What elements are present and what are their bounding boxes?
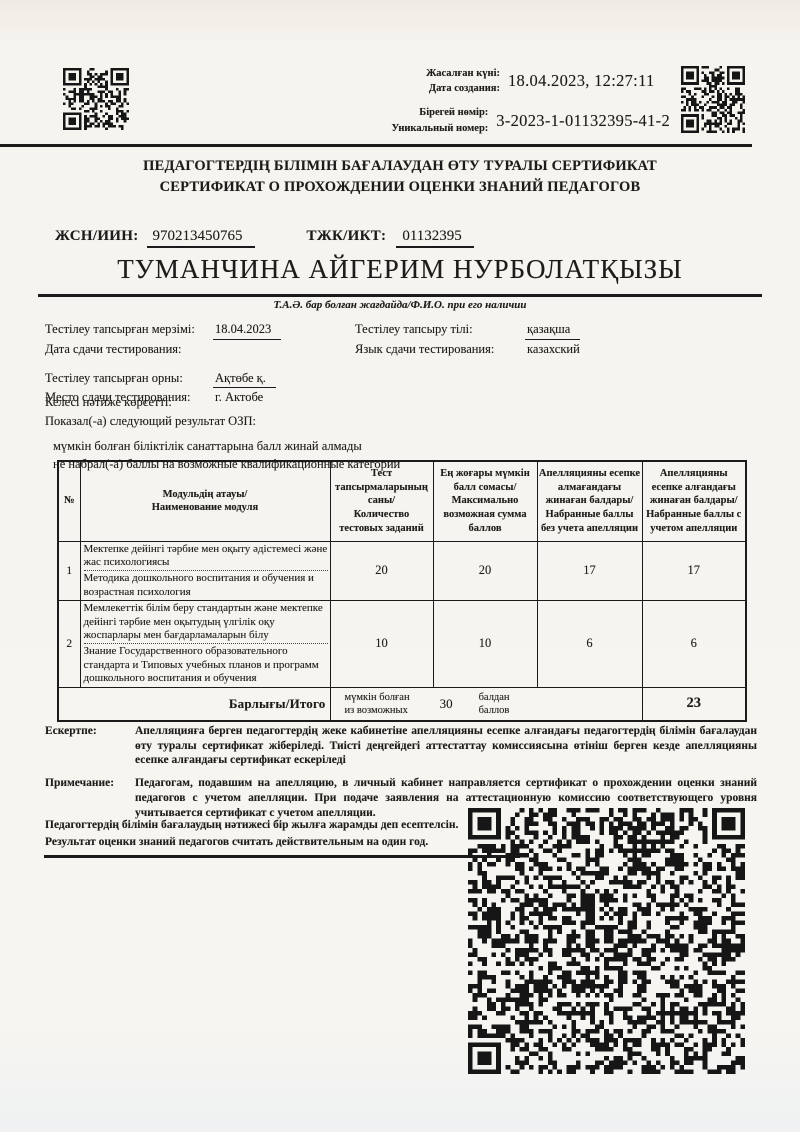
row2-score-no-appeal: 6 <box>537 601 642 687</box>
row2-num: 2 <box>58 601 80 687</box>
table-row-module-1: 1 Мектепке дейінгі тәрбие мен оқыту әдіс… <box>58 541 746 601</box>
created-value: 18.04.2023, 12:27:11 <box>508 71 655 91</box>
row2-module: Мемлекеттік білім беру стандартын және м… <box>80 601 330 687</box>
unique-number-row: Бірегей нөмір: Уникальный номер: 3-2023-… <box>340 105 670 135</box>
result-outcome-kz: мүмкін болған біліктілік санаттарына бал… <box>45 437 745 456</box>
totals-possible-value: 30 <box>440 696 453 712</box>
totals-value: 23 <box>642 687 746 721</box>
created-date-row: Жасалған күні: Дата создания: 18.04.2023… <box>340 66 670 96</box>
row1-module: Мектепке дейінгі тәрбие мен оқыту әдісте… <box>80 541 330 601</box>
unique-value: 3-2023-1-01132395-41-2 <box>496 111 670 131</box>
test-date-label-ru: Дата сдачи тестирования: <box>45 340 213 359</box>
row1-score-with-appeal: 17 <box>642 541 746 601</box>
col-header-max-score: Ең жоғары мүмкін балл сомасы/ Максимальн… <box>433 461 537 541</box>
col-header-module: Модульдің атауы/ Наименование модуля <box>80 461 330 541</box>
iin-label: ЖСН/ИИН: <box>55 228 139 245</box>
validity-line-kz: Педагогтердің білімін бағалаудың нәтижес… <box>45 817 525 834</box>
name-caption: Т.А.Ә. бар болған жағдайда/Ф.И.О. при ег… <box>0 299 800 311</box>
test-lang-value-ru: казахский <box>525 340 590 359</box>
validity-line-ru: Результат оценки знаний педагогов считат… <box>45 834 525 851</box>
note-kz: Ескертпе: Апелляцияға берген педагогтерд… <box>45 724 757 768</box>
row1-module-ru: Методика дошкольного воспитания и обучен… <box>84 571 328 599</box>
col-header-score-with-appeal: Апелляцияны есепке алғандағы жинаған бал… <box>642 461 746 541</box>
row2-module-kz: Мемлекеттік білім беру стандартын және м… <box>84 602 328 644</box>
document-title: ПЕДАГОГТЕРДІҢ БІЛІМІН БАҒАЛАУДАН ӨТУ ТУР… <box>0 156 800 198</box>
table-header-row: № Модульдің атауы/ Наименование модуля Т… <box>58 461 746 541</box>
row2-test-count: 10 <box>330 601 433 687</box>
qr-code-bottom-icon <box>468 808 745 1074</box>
row2-score-with-appeal: 6 <box>642 601 746 687</box>
test-date-value: 18.04.2023 <box>213 320 281 340</box>
row2-module-ru: Знание Государственного образовательного… <box>84 644 328 685</box>
result-shown-kz: Келесі нәтиже көрсетті: <box>45 393 745 412</box>
test-date-label-kz: Тестілеу тапсырған мерзімі: <box>45 320 213 339</box>
id-numbers-row: ЖСН/ИИН: 970213450765 ТЖК/ИКТ: 01132395 <box>55 228 755 248</box>
table-row-module-2: 2 Мемлекеттік білім беру стандартын және… <box>58 601 746 687</box>
unique-label-ru: Уникальный номер: <box>340 121 488 136</box>
ikt-label: ТЖК/ИКТ: <box>307 228 387 245</box>
totals-label: Барлығы/Итого <box>58 687 330 721</box>
header-divider <box>0 144 752 147</box>
totals-points-words: балдан баллов <box>479 691 510 717</box>
row1-module-kz: Мектепке дейінгі тәрбие мен оқыту әдісте… <box>84 543 328 572</box>
totals-possible-words: мүмкін болған из возможных <box>345 691 410 717</box>
title-line-kz: ПЕДАГОГТЕРДІҢ БІЛІМІН БАҒАЛАУДАН ӨТУ ТУР… <box>0 156 800 177</box>
totals-possible-cell: мүмкін болған из возможных 30 балдан бал… <box>330 687 642 721</box>
table-totals-row: Барлығы/Итого мүмкін болған из возможных… <box>58 687 746 721</box>
row1-max-score: 20 <box>433 541 537 601</box>
test-lang-value-kz: қазақша <box>525 320 580 340</box>
created-label-kz: Жасалған күні: <box>340 66 500 81</box>
name-underline <box>38 294 762 297</box>
row1-score-no-appeal: 17 <box>537 541 642 601</box>
certificate-page: { "meta": { "created_label_kz": "Жасалға… <box>0 0 800 1132</box>
document-meta: Жасалған күні: Дата создания: 18.04.2023… <box>340 66 670 145</box>
created-label-ru: Дата создания: <box>340 81 500 96</box>
test-details-right: Тестілеу тапсыру тілі: қазақша Язык сдач… <box>355 320 755 359</box>
note-label-kz: Ескертпе: <box>45 724 135 768</box>
note-text-kz: Апелляцияға берген педагогтердің жеке ка… <box>135 724 757 768</box>
validity-underline <box>44 855 520 858</box>
person-full-name: ТУМАНЧИНА АЙГЕРИМ НУРБОЛАТҚЫЗЫ <box>0 254 800 285</box>
test-place-value-kz: Ақтөбе қ. <box>213 369 276 389</box>
col-header-num: № <box>58 461 80 541</box>
title-line-ru: СЕРТИФИКАТ О ПРОХОЖДЕНИИ ОЦЕНКИ ЗНАНИЙ П… <box>0 177 800 198</box>
test-lang-label-kz: Тестілеу тапсыру тілі: <box>355 320 525 339</box>
validity-statement: Педагогтердің білімін бағалаудың нәтижес… <box>45 817 525 850</box>
col-header-test-count: Тест тапсырмаларының саны/ Количество те… <box>330 461 433 541</box>
iin-value: 970213450765 <box>147 228 255 248</box>
qr-code-top-left-icon <box>63 68 129 130</box>
qr-code-top-right-icon <box>681 66 745 133</box>
test-lang-label-ru: Язык сдачи тестирования: <box>355 340 525 359</box>
result-shown-ru: Показал(-а) следующий результат ОЗП: <box>45 412 745 431</box>
ikt-value: 01132395 <box>396 228 473 248</box>
col-header-score-no-appeal: Апелляцияны есепке алмағандағы жинаған б… <box>537 461 642 541</box>
test-place-label-kz: Тестілеу тапсырған орны: <box>45 369 213 388</box>
row2-max-score: 10 <box>433 601 537 687</box>
row1-num: 1 <box>58 541 80 601</box>
scores-table: № Модульдің атауы/ Наименование модуля Т… <box>57 460 747 722</box>
row1-test-count: 20 <box>330 541 433 601</box>
note-label-ru: Примечание: <box>45 776 135 820</box>
unique-label-kz: Бірегей нөмір: <box>340 105 488 120</box>
